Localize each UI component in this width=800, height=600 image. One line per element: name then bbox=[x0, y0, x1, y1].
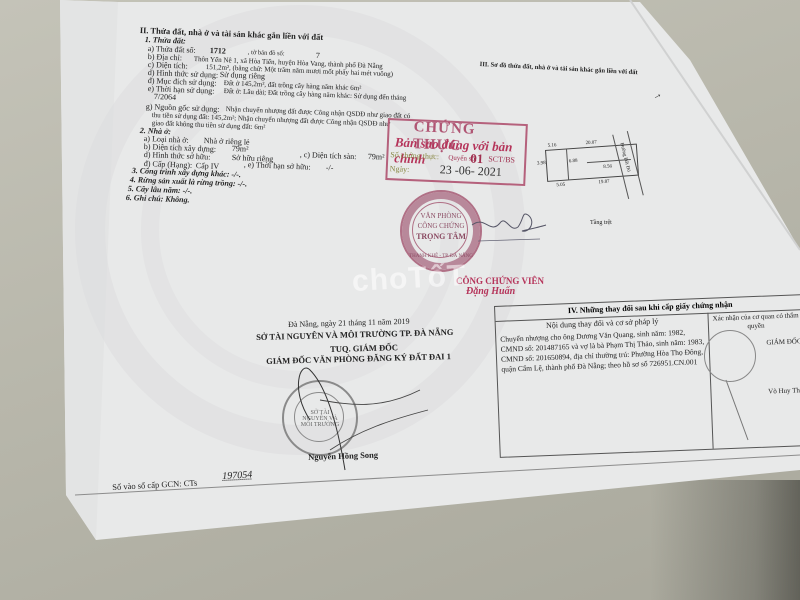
agency-signature bbox=[290, 360, 430, 480]
own-term-label: , e) Thời hạn sở hữu: bbox=[244, 160, 311, 173]
floor-label: Tầng trệt bbox=[590, 218, 612, 228]
plan-label: 6.88 bbox=[569, 157, 578, 168]
certification-stamp: CHỨNG THỰC Bản sao đúng với bản chính Số… bbox=[385, 118, 528, 186]
plan-label: 19.87 bbox=[598, 178, 610, 189]
plan-label: 5.05 bbox=[556, 181, 565, 192]
notary-signature bbox=[470, 205, 550, 245]
stamp-book-code: SCT/BS bbox=[488, 154, 515, 164]
stamp-date: 23 -06- 2021 bbox=[439, 162, 502, 180]
stamp-date-label: Ngày: bbox=[390, 164, 410, 174]
north-arrow-icon: ↑ bbox=[651, 92, 662, 101]
plan-label: 5.16 bbox=[547, 141, 556, 152]
plan-label: 20.07 bbox=[585, 138, 597, 149]
changes-table: IV. Những thay đổi sau khi cấp giấy chứn… bbox=[494, 294, 800, 458]
confirm-name: Võ Huy Thọ bbox=[713, 386, 800, 398]
notes: 6. Ghi chú: Không. bbox=[126, 193, 190, 205]
plan-label: 8.56 bbox=[603, 162, 612, 173]
section-iii-title: III. Sơ đồ thửa đất, nhà ở và tài sản kh… bbox=[479, 60, 637, 78]
own-term: -/- bbox=[326, 163, 334, 173]
confirm-seal bbox=[704, 330, 756, 382]
watermark: choTốT bbox=[351, 259, 467, 299]
change-content: Chuyển nhượng cho ông Dương Văn Quang, s… bbox=[500, 327, 706, 375]
seal-office-line1: VĂN PHÒNG bbox=[402, 212, 480, 220]
seal-ring-text: THANH KHÊ - TP. ĐÀ NẴNG bbox=[402, 254, 480, 259]
floor-area-label: , c) Diện tích sàn: bbox=[300, 150, 357, 162]
plan-label: 3.98 bbox=[537, 159, 546, 170]
seal-office-name: TRỌNG TÂM bbox=[402, 232, 480, 241]
seal-office-line2: CÔNG CHỨNG bbox=[402, 222, 480, 230]
issuing-agency: SỞ TÀI NGUYÊN VÀ MÔI TRƯỜNG TP. ĐÀ NẴNG bbox=[256, 327, 454, 342]
term: Đất ở: Lâu dài; Đất trồng cây hàng năm k… bbox=[224, 86, 407, 103]
notary-title: CÔNG CHỨNG VIÊN bbox=[456, 276, 544, 286]
floor-area: 79m² bbox=[368, 152, 385, 163]
term-continued: 7/2064 bbox=[154, 92, 177, 103]
registry-label: Số vào sổ cấp GCN: CTs bbox=[112, 478, 198, 492]
notary-name: Đặng Huấn bbox=[466, 287, 515, 297]
changes-col2-header: Xác nhận của cơ quan có thẩm quyền bbox=[710, 311, 800, 332]
registry-number: 197054 bbox=[222, 470, 252, 482]
certificate-content: II. Thửa đất, nhà ở và tài sản khác gắn … bbox=[0, 0, 800, 600]
